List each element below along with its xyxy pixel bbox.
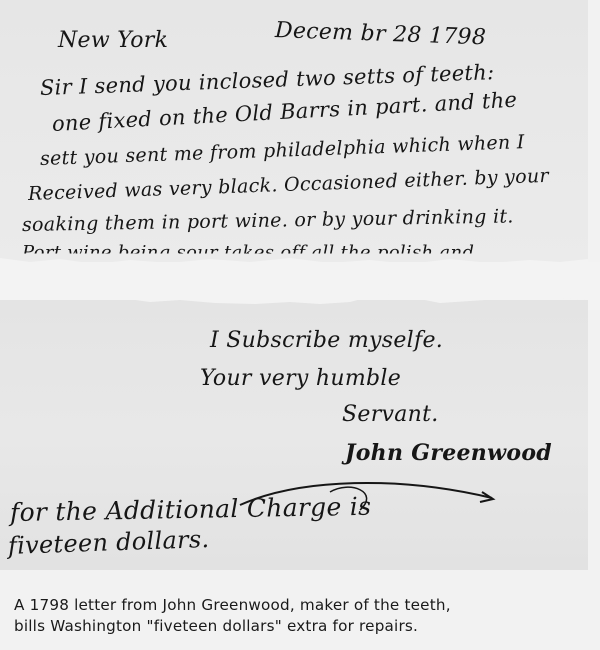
letter-photo-lower-fragment: I Subscribe myselfe. Your very humble Se… [0, 300, 588, 570]
letter-line: Received was very black. Occasioned eith… [28, 165, 550, 205]
letter-place: New York [58, 28, 168, 53]
letter-line: soaking them in port wine. or by your dr… [22, 205, 514, 236]
torn-edge-decoration [0, 290, 588, 312]
photo-caption: A 1798 letter from John Greenwood, maker… [14, 595, 594, 637]
letter-postscript-line: fiveteen dollars. [8, 525, 210, 560]
letter-date: Decem br 28 1798 [275, 18, 487, 50]
letter-closing-line: Servant. [342, 402, 439, 427]
letter-closing-line: I Subscribe myselfe. [210, 328, 443, 353]
caption-line-1: A 1798 letter from John Greenwood, maker… [14, 595, 594, 616]
caption-line-2: bills Washington "fiveteen dollars" extr… [14, 616, 594, 637]
signature-flourish-arrow [230, 470, 500, 520]
newspaper-clipping: New York Decem br 28 1798 Sir I send you… [0, 0, 600, 650]
letter-signature: John Greenwood [345, 440, 552, 466]
letter-closing-line: Your very humble [200, 366, 401, 391]
letter-line: sett you sent me from philadelphia which… [40, 131, 525, 170]
letter-photo-upper-fragment: New York Decem br 28 1798 Sir I send you… [0, 0, 588, 262]
